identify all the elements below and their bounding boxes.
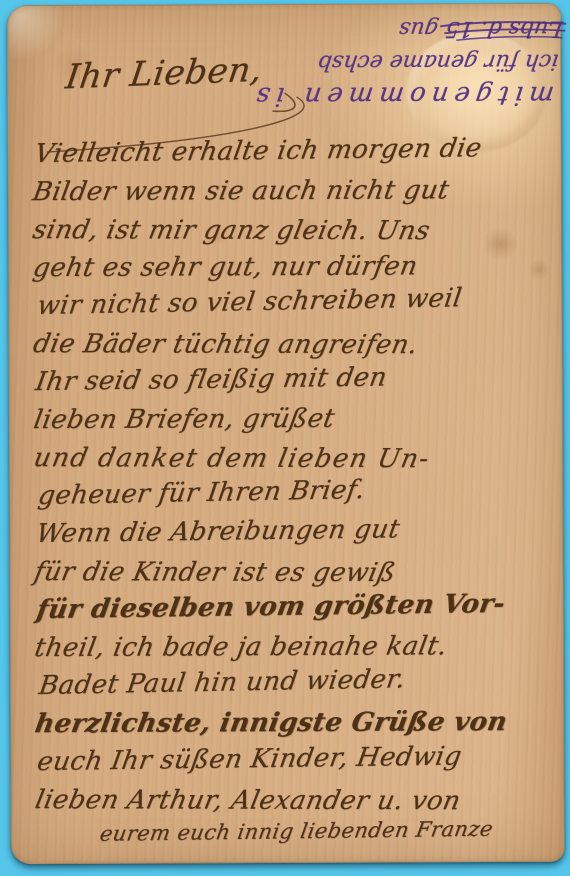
greeting-text: Ihr Lieben, [63,50,264,98]
annotation-line: mitgenommen ist sehr gut [252,78,556,112]
handwriting-line: lieben Briefen, grüßet [31,399,554,439]
handwriting-line: wir nicht so viel schreiben weil [35,278,557,325]
handwriting-line: für dieselben vom größten Vor- [34,584,557,629]
handwriting-line: euch Ihr süßen Kinder, Hedwig [34,736,557,781]
handwriting-line: geheuer für Ihren Brief. [36,468,558,515]
handwriting-line: Ihr seid so fleißig mit den [33,356,556,401]
handwriting-line: Bilder wenn sie auch nicht gut [30,171,553,211]
postcard: Ihr Lieben, Lubs d. 15 gus ich für genam… [7,3,565,864]
handwriting-line: eurem euch innig liebenden Franze [97,813,557,853]
purple-annotation-block: Lubs d. 15 gus ich für gename echsb mitg… [252,12,565,112]
annotation-line: ich für gename echsb [256,45,560,79]
handwriting-line: Badet Paul hin und wieder. [36,658,558,705]
annotation-line: Lubs d. 15 gus [261,12,565,46]
handwriting-line: sind, ist mir ganz gleich. Uns [29,211,552,250]
handwriting-line: Wenn die Abreibungen gut [33,508,556,553]
scan-background: { "page": { "background_color": "#55c6ea… [0,0,570,876]
handwriting-line: Vielleicht erhalte ich morgen die [32,128,555,173]
letter-body: Vielleicht erhalte ich morgen die Bilder… [33,133,552,853]
